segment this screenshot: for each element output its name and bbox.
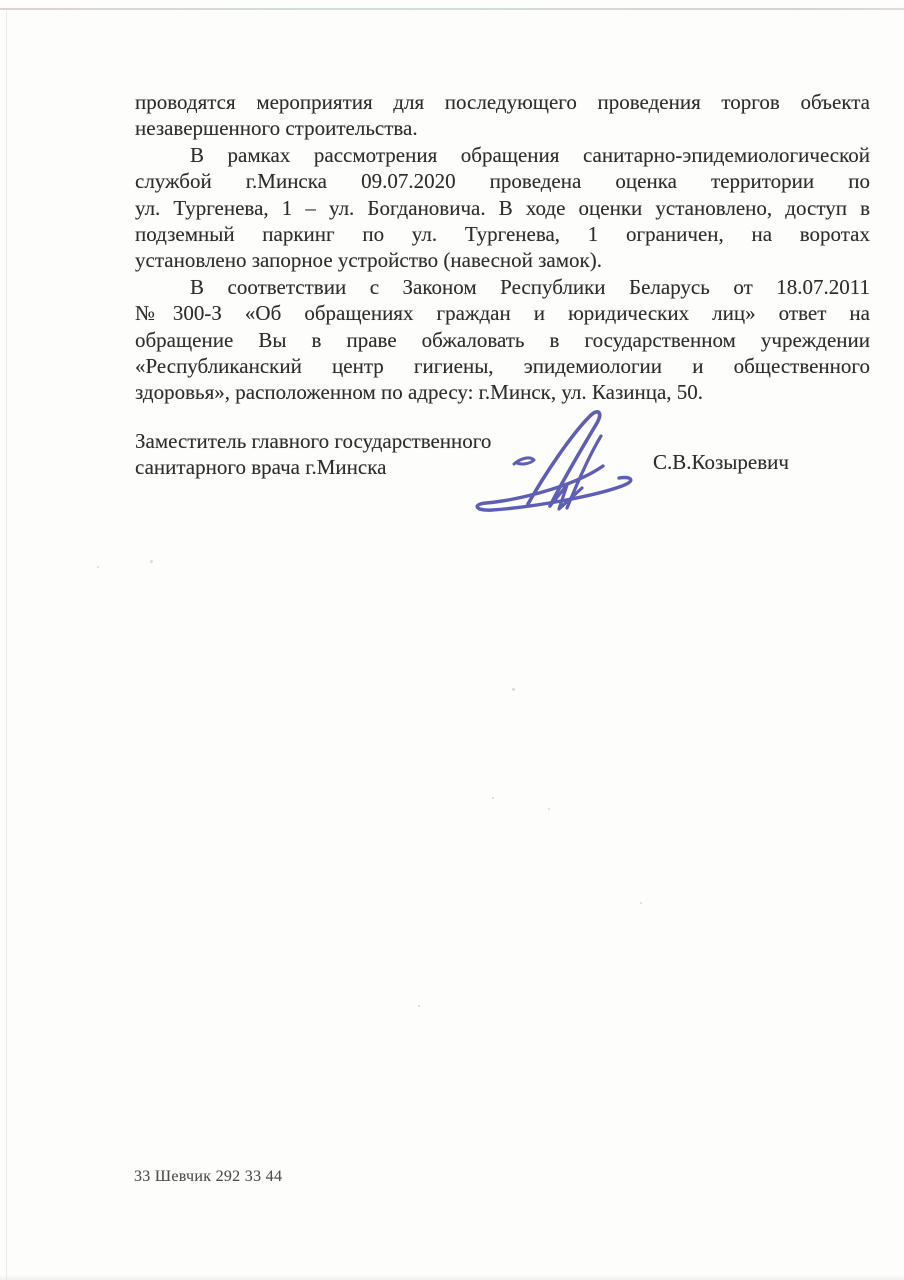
body-line: В рамках рассмотрения обращения санитарн… xyxy=(135,142,870,168)
body-line: «Республиканский центр гигиены, эпидемио… xyxy=(135,353,870,379)
body-line: ул. Тургенева, 1 – ул. Богдановича. В хо… xyxy=(135,195,870,221)
body-line: незавершенного строительства. xyxy=(135,115,870,141)
scan-speck xyxy=(548,808,550,810)
scan-speck xyxy=(150,560,153,563)
letter-body: проводятся мероприятия для последующего … xyxy=(135,89,870,406)
body-line: проводятся мероприятия для последующего … xyxy=(135,89,870,115)
signer-name: С.В.Козыревич xyxy=(653,450,789,475)
scan-edge-line-left xyxy=(6,9,7,1280)
body-line: службой г.Минска 09.07.2020 проведена оц… xyxy=(135,168,870,194)
footer-executor-note: 33 Шевчик 292 33 44 xyxy=(134,1168,282,1186)
scan-speck xyxy=(97,566,99,568)
body-line: здоровья», расположенном по адресу: г.Ми… xyxy=(135,379,870,405)
body-line: подземный паркинг по ул. Тургенева, 1 ог… xyxy=(135,221,870,247)
scan-speck xyxy=(418,1005,420,1007)
scan-speck xyxy=(512,688,515,691)
scan-edge-line-top xyxy=(0,8,904,10)
signature-icon xyxy=(470,406,658,520)
scan-edge-shade-bottom xyxy=(0,1275,904,1280)
scanned-document-page: проводятся мероприятия для последующего … xyxy=(0,0,904,1280)
body-line: №300-З «Об обращениях граждан и юридичес… xyxy=(135,300,870,326)
body-line: установлено запорное устройство (навесно… xyxy=(135,247,870,273)
scan-speck xyxy=(640,902,642,904)
scan-speck xyxy=(492,797,494,799)
body-line: В соответствии с Законом Республики Бела… xyxy=(135,274,870,300)
body-line: обращение Вы в праве обжаловать в госуда… xyxy=(135,327,870,353)
